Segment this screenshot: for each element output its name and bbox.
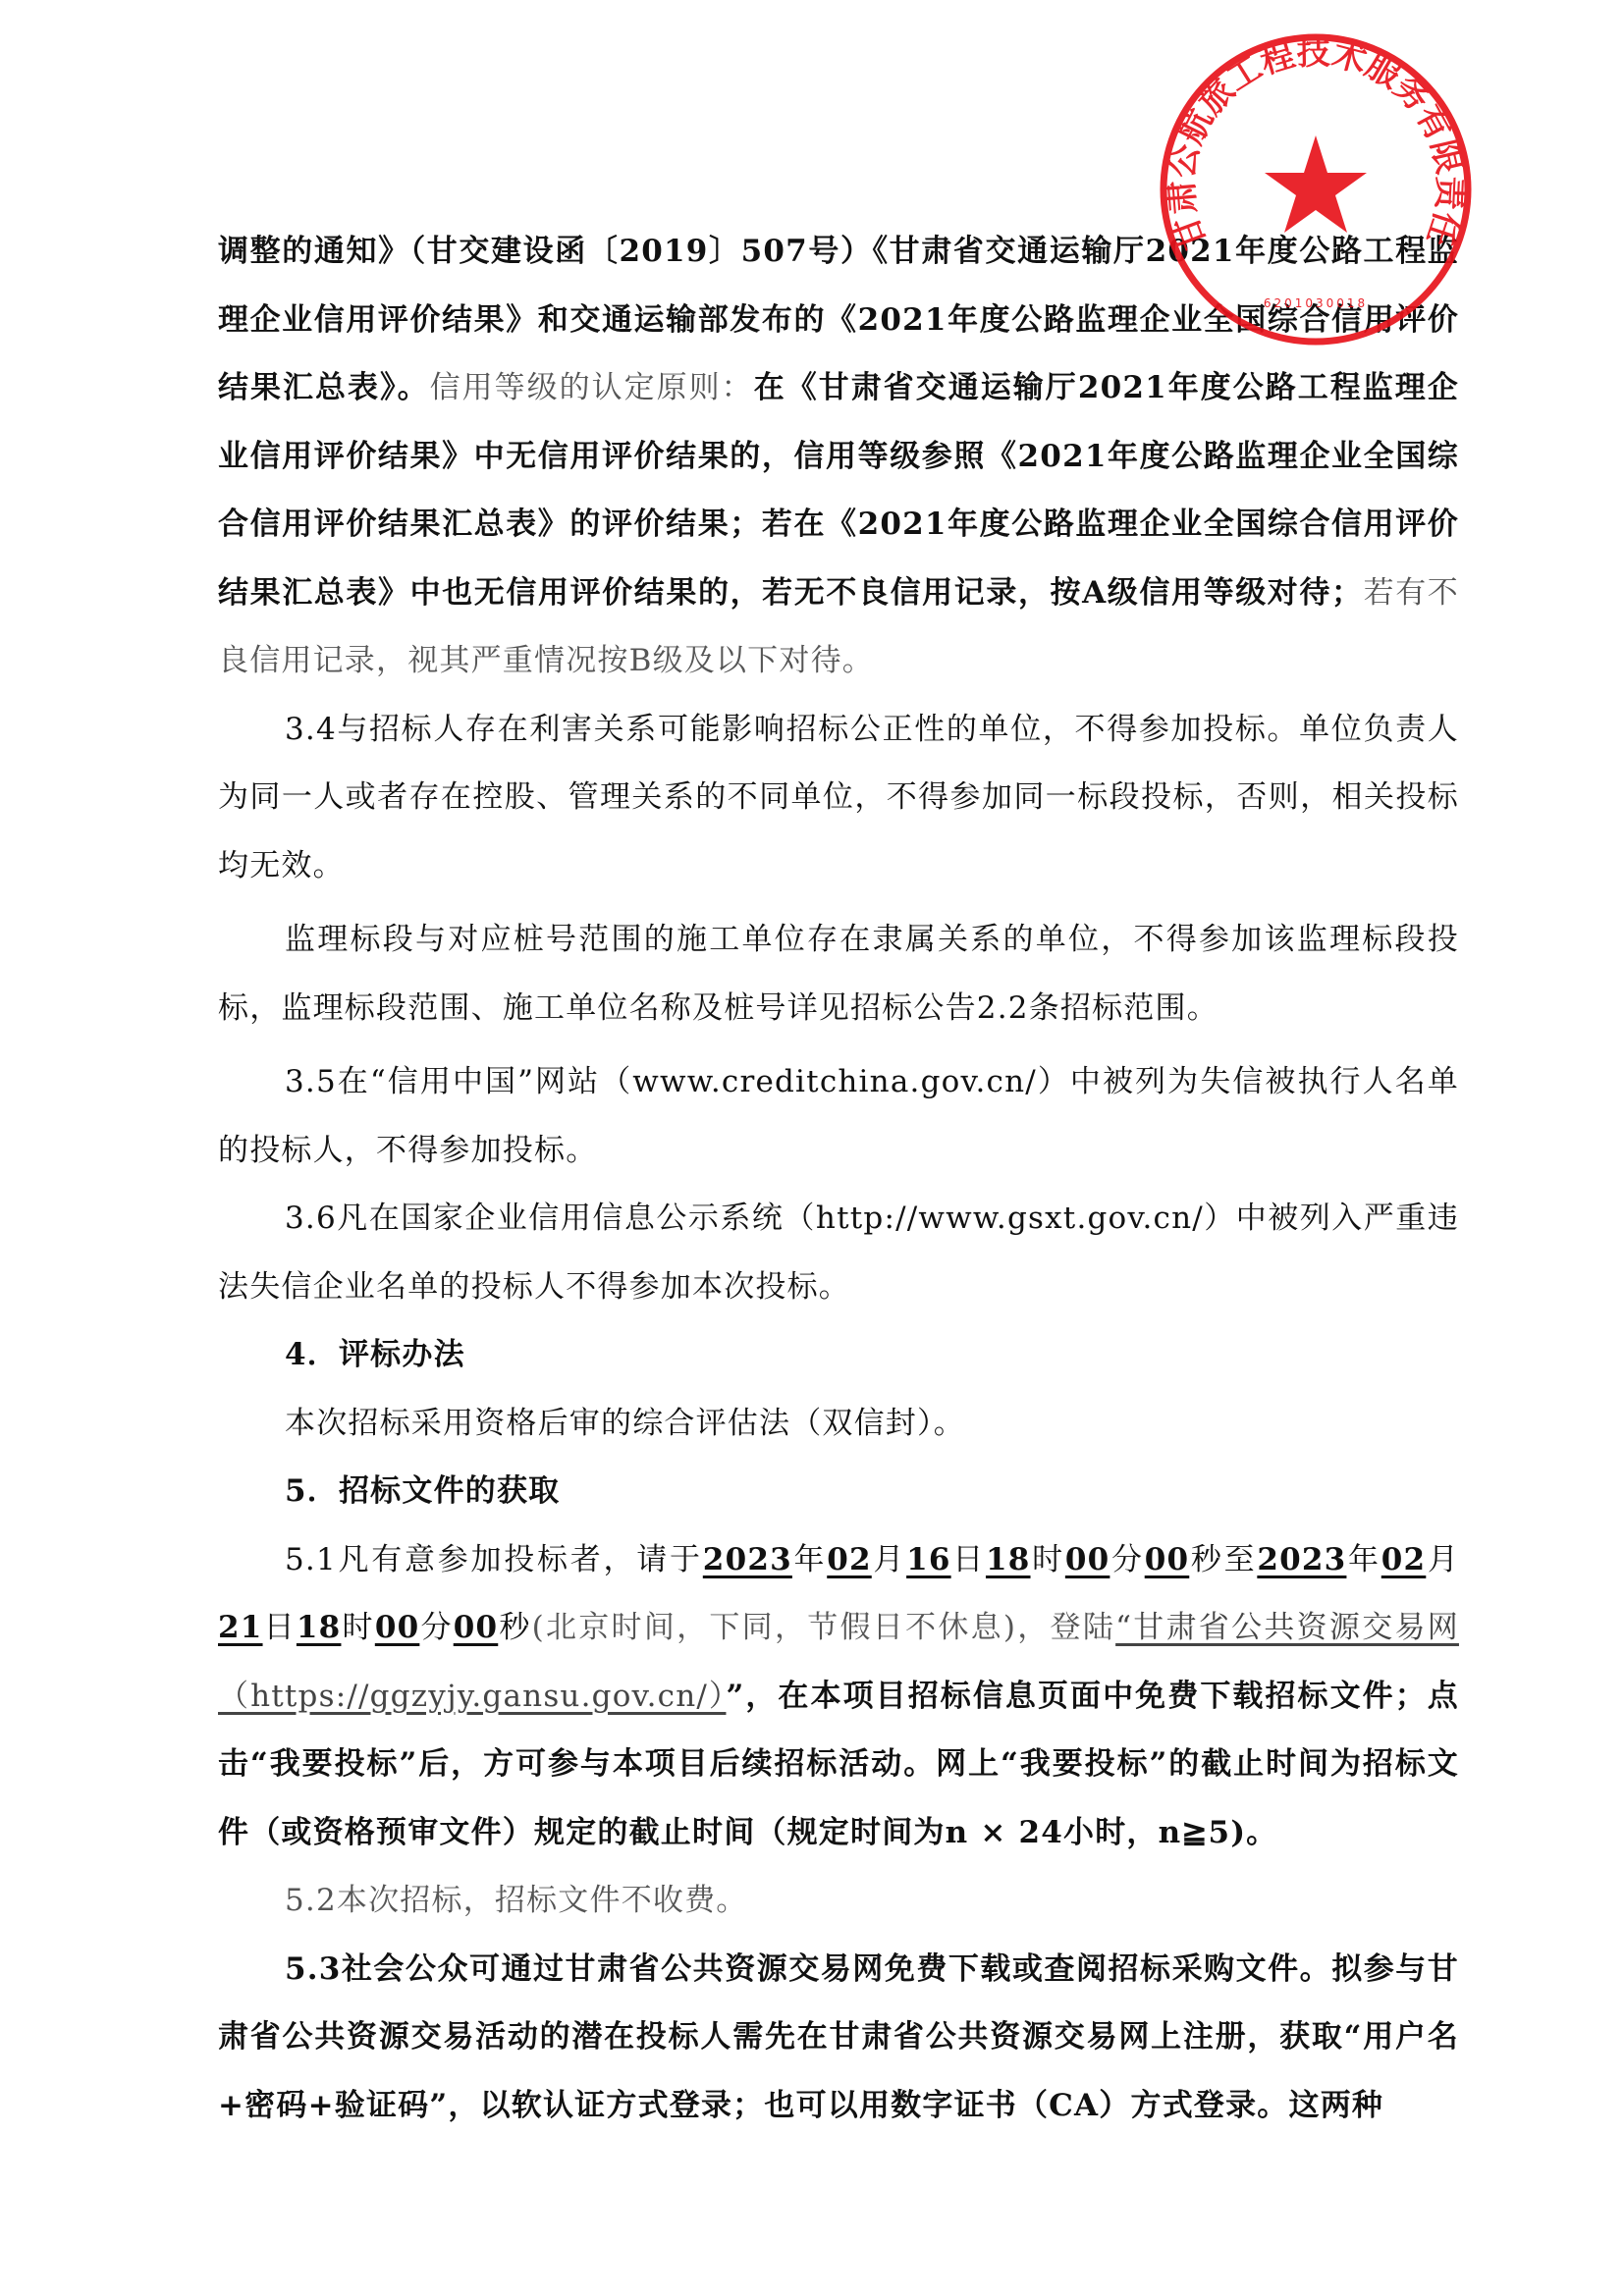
start-day: 16 xyxy=(906,1542,951,1577)
start-month: 02 xyxy=(827,1542,872,1577)
paragraph-3-4: 3.4与招标人存在利害关系可能影响招标公正性的单位，不得参加投标。单位负责人为同… xyxy=(218,696,1459,901)
paragraph-3-6: 3.6凡在国家企业信用信息公示系统（http://www.gsxt.gov.cn… xyxy=(218,1185,1459,1321)
paragraph-5-3: 5.3社会公众可通过甘肃省公共资源交易网免费下载或查阅招标采购文件。拟参与甘肃省… xyxy=(218,1936,1459,2141)
heading-section-4: 4．评标办法 xyxy=(218,1321,1459,1390)
end-hour: 18 xyxy=(297,1610,342,1645)
paragraph-5-2: 5.2本次招标，招标文件不收费。 xyxy=(218,1867,1459,1936)
end-day: 21 xyxy=(218,1610,263,1645)
end-minute: 00 xyxy=(375,1610,420,1645)
end-second: 00 xyxy=(454,1610,499,1645)
credit-principle-label: 信用等级的认定原则： xyxy=(430,370,754,405)
end-month: 02 xyxy=(1381,1542,1427,1577)
paragraph-5-1: 5.1凡有意参加投标者，请于2023年02月16日18时00分00秒至2023年… xyxy=(218,1526,1459,1868)
document-body: 调整的通知》（甘交建设函〔2019〕507号）《甘肃省交通运输厅2021年度公路… xyxy=(218,218,1459,2140)
paragraph-credit-rating: 调整的通知》（甘交建设函〔2019〕507号）《甘肃省交通运输厅2021年度公路… xyxy=(218,218,1459,696)
heading-section-5: 5．招标文件的获取 xyxy=(218,1458,1459,1526)
document-page: 调整的通知》（甘交建设函〔2019〕507号）《甘肃省交通运输厅2021年度公路… xyxy=(0,0,1624,2296)
start-second: 00 xyxy=(1145,1542,1190,1577)
start-hour: 18 xyxy=(986,1542,1031,1577)
p5-1-lead: 5.1凡有意参加投标者，请于 xyxy=(285,1542,703,1577)
paragraph-3-4-supervision: 监理标段与对应桩号范围的施工单位存在隶属关系的单位，不得参加该监理标段投标，监理… xyxy=(218,906,1459,1042)
paragraph-4-method: 本次招标采用资格后审的综合评估法（双信封）。 xyxy=(218,1390,1459,1459)
paragraph-3-5: 3.5在“信用中国”网站（www.creditchina.gov.cn/）中被列… xyxy=(218,1048,1459,1185)
start-year: 2023 xyxy=(703,1542,792,1577)
start-minute: 00 xyxy=(1065,1542,1110,1577)
end-year: 2023 xyxy=(1257,1542,1346,1577)
time-note: (北京时间，下同，节假日不休息)，登陆 xyxy=(532,1610,1116,1645)
credit-principle-text: 在《甘肃省交通运输厅2021年度公路工程监理企业信用评价结果》中无信用评价结果的… xyxy=(218,370,1459,611)
